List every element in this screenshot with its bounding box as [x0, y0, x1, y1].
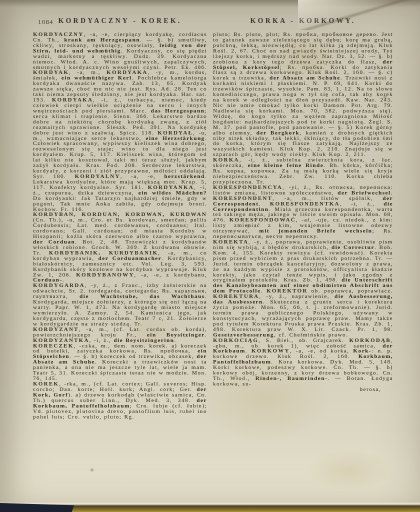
dictionary-paragraph: KORDYACZNY, -a, -e, cierpiący kordyakę, … [33, 32, 207, 212]
entry-text: Do kordyanki: Jak Tatarzyn najhardziej ś… [33, 195, 207, 212]
dictionary-paragraph: KORESPONDENCYA, -yi, ż., Rs. отписка, пе… [213, 185, 393, 240]
entry-text: . Skuteczna z gruntu serca i korektura ż… [213, 299, 393, 332]
dictionary-paragraph: KORECZEK, -czka, m., dem. nom. korek. a)… [33, 343, 207, 381]
running-head-left: KORDYACZNY - KOREK. [33, 17, 207, 25]
dictionary-paragraph: KORDYBAN, KORDUAN, KORDWAN, KURDWAN (Cn.… [33, 212, 207, 283]
dictionary-paragraph: berosa, [213, 387, 393, 392]
running-head-row: 1084 KORDYACZNY - KOREK. KORKA - KORKOWY… [0, 17, 420, 29]
entry-headword: KORDYBANOWY [76, 272, 134, 278]
entry-text: (Cn. Th.), -u, m., Cro. et Bs. kordovan,… [33, 217, 207, 239]
right-column: pluto; Bs. pluto, plut; Rs. пробка, проб… [213, 32, 393, 474]
entry-text: berosa, [360, 386, 381, 392]
entry-text: pluto; Bs. pluto, plut; Rs. пробка, проб… [213, 32, 393, 65]
entry-text: . Trzewiki nosi z korkami niskiemi i pła… [213, 75, 393, 136]
entry-text: Rinden-, Baumrinden- [255, 376, 327, 382]
entry-text: , -rka, m., (cf. Lat. cortex; Gall. suve… [33, 381, 207, 392]
dictionary-paragraph: KORDYGARDA, -y, ż., z Franc., izby żołni… [33, 283, 207, 327]
dictionary-paragraph: pluto; Bs. pluto, plut; Rs. пробка, проб… [213, 32, 393, 158]
page-scan: 1084 KORDYACZNY - KOREK. KORKA - KORKOWY… [0, 0, 420, 512]
left-column-text: KORDYACZNY, -a, -e, cierpiący kordyakę, … [33, 32, 207, 420]
dictionary-paragraph: KOREK, -rka, m., (cf. Lat. cortex; Gall.… [33, 382, 207, 420]
dictionary-paragraph: KOREKTA, -y, ż., poprawa, poprawienie, o… [213, 240, 393, 338]
book-edge-bottom [0, 502, 420, 512]
entry-text: . Kordygarda, miejsce żołnierzy, z które… [33, 294, 207, 327]
right-column-text: pluto; Bs. pluto, plut; Rs. пробка, проб… [213, 32, 393, 392]
running-head-right: KORKA - KORKOWY. [213, 17, 393, 25]
dictionary-paragraph: KORDYZANT, -a, m., (cf. Lat. cordax ob. … [33, 327, 207, 343]
dictionary-paragraph: KORKOCIĄG, S. Bieł., ob. Grajcarek. KORK… [213, 338, 393, 387]
left-column: KORDYACZNY, -a, -e, cierpiący kordyakę, … [33, 32, 207, 458]
entry-text: , -a, -e, z kordybanu, [134, 272, 207, 278]
entry-text: . [205, 332, 207, 338]
dictionary-paragraph: KORKA, -i, ż., subtelna zwierzchnia kora… [213, 158, 393, 185]
book-edge-corner [0, 503, 74, 512]
